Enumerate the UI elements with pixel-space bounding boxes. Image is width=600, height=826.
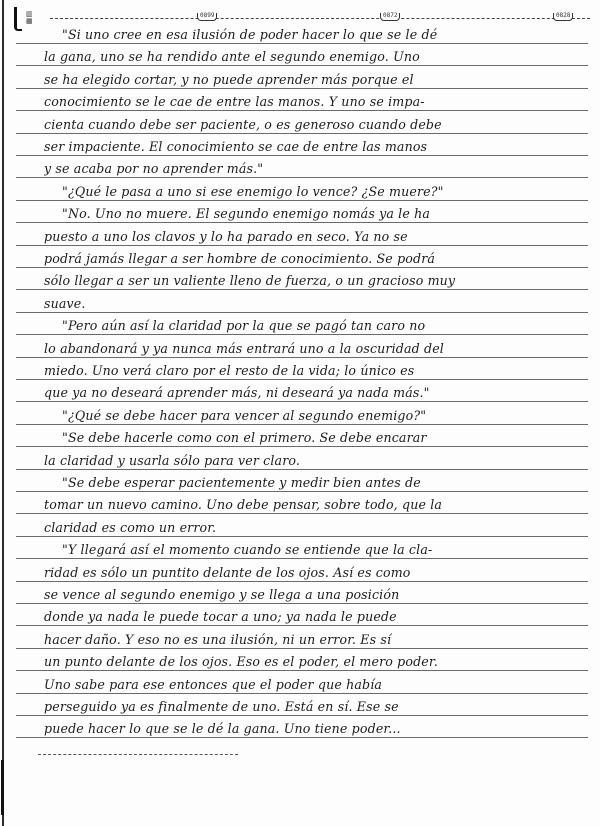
ruled-line — [16, 513, 588, 514]
ruled-line — [16, 289, 588, 290]
ruled-line — [16, 625, 588, 626]
ruled-line — [16, 670, 588, 671]
ruled-line — [16, 200, 588, 201]
ruled-line — [16, 446, 588, 447]
ruled-line — [16, 401, 588, 402]
binding-bracket-icon — [14, 7, 22, 31]
ruled-line — [16, 603, 588, 604]
header-dashed-rule — [50, 18, 590, 20]
ruled-line — [16, 469, 588, 470]
ruled-line — [16, 357, 588, 358]
page-left-edge — [2, 0, 4, 826]
ruled-line — [16, 245, 588, 246]
closing-dashed-rule — [38, 754, 238, 756]
ruled-line — [16, 312, 588, 313]
corner-logo-icon: ▥▦ — [26, 11, 33, 25]
ruled-line — [16, 581, 588, 582]
ruled-line — [16, 267, 588, 268]
header-stamp: 0828 — [553, 13, 573, 21]
ruled-line — [16, 88, 588, 89]
ruled-line — [16, 65, 588, 66]
ruled-line — [16, 379, 588, 380]
header-stamp: 0899 — [197, 13, 217, 21]
header-stamp: 0872 — [380, 13, 400, 21]
ruled-line — [16, 693, 588, 694]
ruled-line — [16, 424, 588, 425]
page-left-edge-dark — [1, 760, 4, 815]
ruled-line — [16, 491, 588, 492]
ruled-line — [16, 715, 588, 716]
ruled-line — [16, 43, 588, 44]
ruled-line — [16, 133, 588, 134]
ruled-line — [16, 558, 588, 559]
ruled-line — [16, 648, 588, 649]
ruled-line — [16, 155, 588, 156]
ruled-line — [16, 177, 588, 178]
manuscript-page: ▥▦ 0899 0872 0828 "Si uno cree en esa il… — [0, 0, 600, 826]
ruled-line — [16, 536, 588, 537]
ruled-line — [16, 222, 588, 223]
ruled-line — [16, 737, 588, 738]
ruled-line — [16, 334, 588, 335]
ruled-line — [16, 110, 588, 111]
